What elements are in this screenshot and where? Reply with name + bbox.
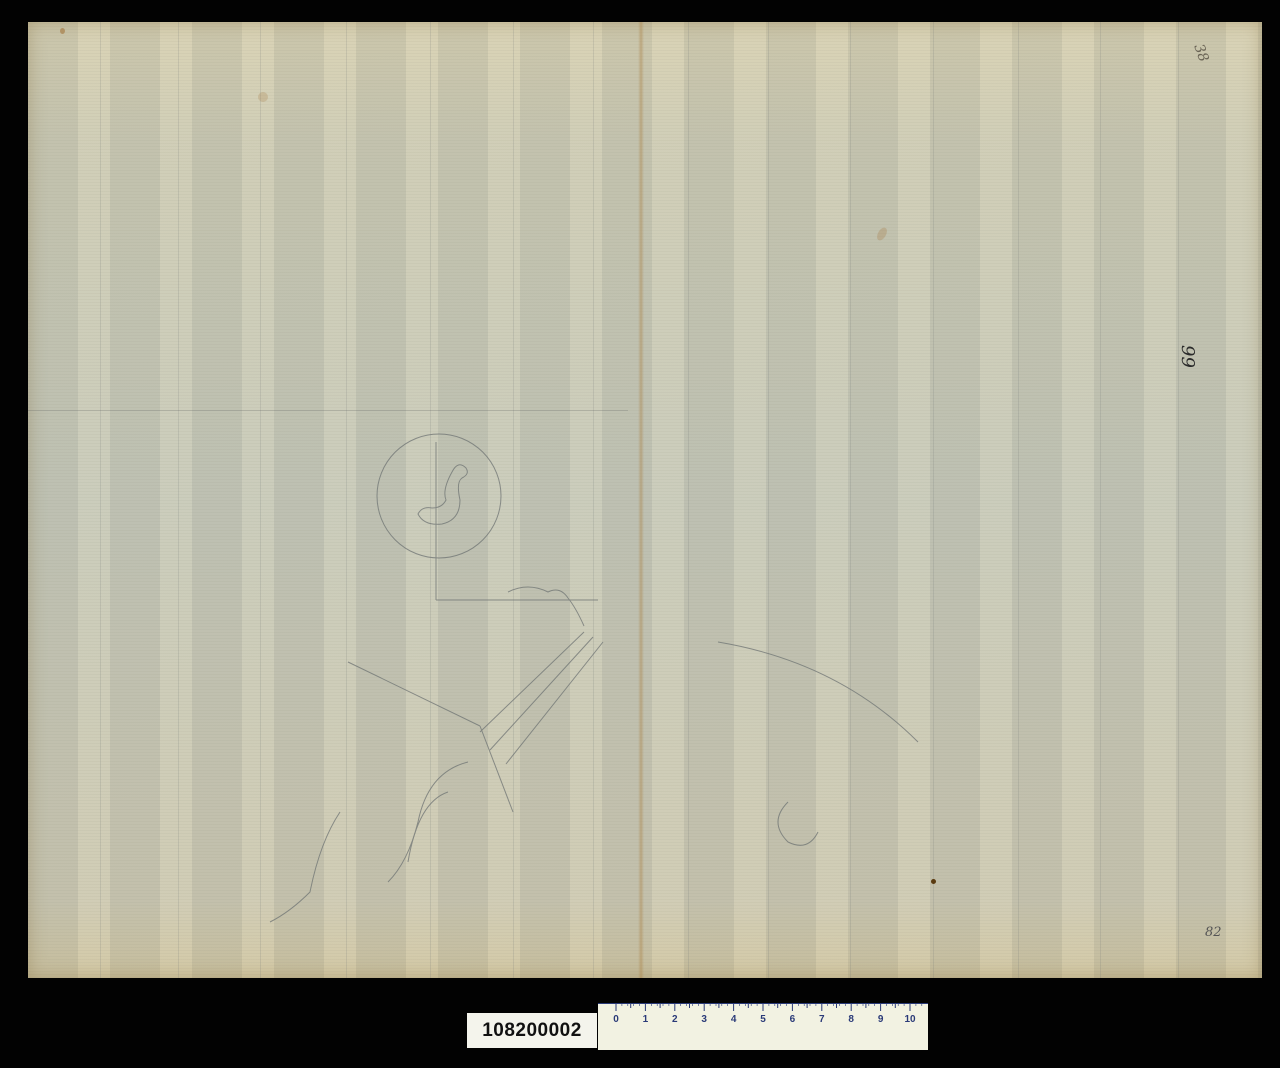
- paper-sheet: [28, 22, 1262, 978]
- ruler-label: 4: [731, 1014, 737, 1025]
- ruler-label: 9: [878, 1014, 884, 1025]
- ruler-label: 1: [643, 1014, 649, 1025]
- folio-number: 99: [1177, 345, 1198, 368]
- ruler-label: 5: [760, 1014, 766, 1025]
- scale-ruler: 0 1 2 3 4 5 6 7 8 9 10: [598, 1003, 928, 1050]
- ruler-label: 10: [904, 1014, 915, 1025]
- catalog-label: 108200002: [467, 1013, 597, 1048]
- graphite-sketch: [28, 22, 1262, 978]
- ruler-label: 6: [790, 1014, 796, 1025]
- ruler-label: 7: [819, 1014, 825, 1025]
- ruler-label: 2: [672, 1014, 678, 1025]
- bird-icon: [418, 465, 467, 524]
- ruler-label: 0: [613, 1014, 619, 1025]
- page-number: 82: [1205, 925, 1222, 940]
- ruler-label: 8: [848, 1014, 854, 1025]
- ruler-label: 3: [701, 1014, 707, 1025]
- medallion-circle: [377, 434, 501, 558]
